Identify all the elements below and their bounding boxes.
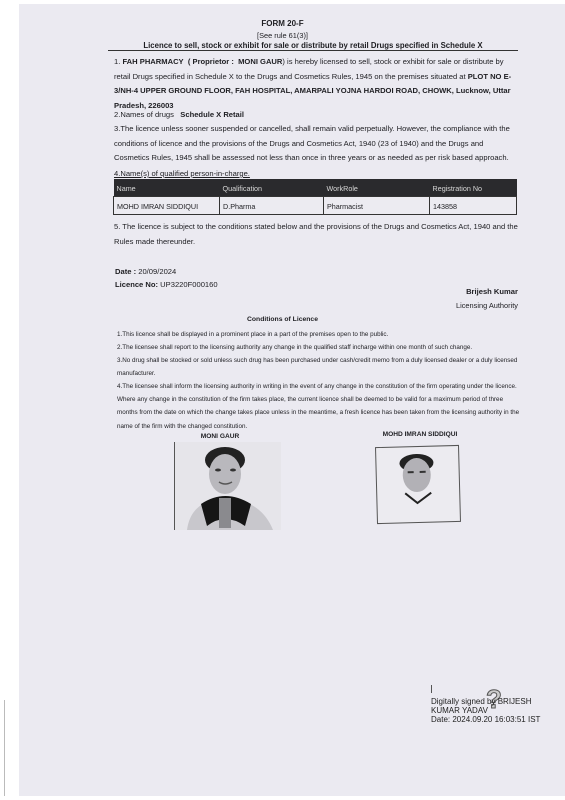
clause-5: 5. The licence is subject to the conditi… (114, 220, 519, 249)
cell-name: MOHD IMRAN SIDDIQUI (114, 197, 220, 215)
proprietor-name: MONI GAUR (238, 57, 282, 66)
table-row: MOHD IMRAN SIDDIQUI D.Pharma Pharmacist … (114, 197, 517, 215)
table-header-row: Name Qualification WorkRole Registration… (114, 179, 517, 197)
drugs-label: 2.Names of drugs (114, 110, 174, 119)
condition-2: 2.The licensee shall report to the licen… (117, 341, 522, 354)
qualified-person-table: Name Qualification WorkRole Registration… (113, 179, 517, 215)
cell-workrole: Pharmacist (324, 197, 430, 215)
drugs-value: Schedule X Retail (180, 110, 244, 119)
form-rule: [See rule 61(3)] (0, 30, 565, 41)
clause-1: 1. FAH PHARMACY ( Proprietor : MONI GAUR… (114, 55, 519, 113)
col-workrole: WorkRole (324, 179, 430, 197)
heading-rule (108, 50, 518, 51)
photo-caption-pharmacist: MOHD IMRAN SIDDIQUI (370, 431, 470, 438)
digital-signature: Digitally signed by BRIJESH KUMAR YADAV … (431, 697, 540, 724)
date-value: 20/09/2024 (138, 267, 176, 276)
cell-qualification: D.Pharma (220, 197, 324, 215)
authority-name: Brijesh Kumar (400, 287, 518, 296)
cell-registration: 143858 (430, 197, 517, 215)
condition-1: 1.This licence shall be displayed in a p… (117, 328, 522, 341)
signature-line-3: Date: 2024.09.20 16:03:51 IST (431, 715, 540, 724)
licence-number: Licence No: UP3220F000160 (115, 280, 218, 289)
date-label: Date : (115, 267, 136, 276)
pharmacist-photo (375, 445, 461, 524)
col-qualification: Qualification (220, 179, 324, 197)
form-title: FORM 20-F (0, 19, 565, 28)
proprietor-photo (174, 442, 281, 530)
signature-tick (431, 685, 432, 693)
photo-caption-proprietor: MONI GAUR (180, 433, 260, 440)
proprietor-label: ( Proprietor : (188, 57, 234, 66)
authority-title: Licensing Authority (400, 301, 518, 310)
signature-line-1: Digitally signed by BRIJESH (431, 697, 540, 706)
licence-value: UP3220F000160 (160, 280, 217, 289)
clause-2: 2.Names of drugs Schedule X Retail (114, 108, 519, 123)
col-name: Name (114, 179, 220, 197)
signature-line-2: KUMAR YADAV (431, 706, 540, 715)
condition-3: 3.No drug shall be stocked or sold unles… (117, 354, 522, 380)
licence-label: Licence No: (115, 280, 158, 289)
portrait-male-icon (376, 446, 460, 523)
clause-3: 3.The licence unless sooner suspended or… (114, 122, 519, 166)
form-heading: Licence to sell, stock or exhibit for sa… (108, 41, 518, 50)
firm-name: FAH PHARMACY (122, 57, 183, 66)
issue-date: Date : 20/09/2024 (115, 267, 176, 276)
condition-4: 4.The licensee shall inform the licensin… (117, 380, 522, 433)
scan-edge (4, 700, 5, 796)
portrait-female-icon (175, 442, 281, 530)
col-registration: Registration No (430, 179, 517, 197)
conditions-heading: Conditions of Licence (0, 316, 565, 323)
